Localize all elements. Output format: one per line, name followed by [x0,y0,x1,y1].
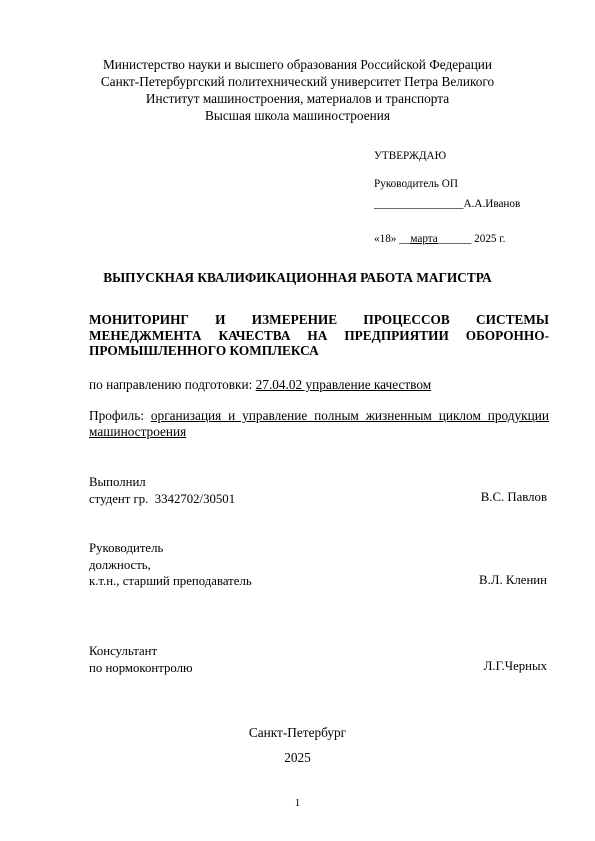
consultant-detail: по нормоконтролю [89,660,193,677]
title-word: ПРОЦЕССОВ [363,312,449,328]
date-year: 2025 г. [474,233,505,245]
direction-label: по направлению подготовки: [89,377,256,392]
approval-signature: ________________А.А.Иванов [374,198,520,210]
page-number: 1 [0,797,595,809]
year: 2025 [0,750,595,766]
thesis-title: МОНИТОРИНГ И ИЗМЕРЕНИЕ ПРОЦЕССОВ СИСТЕМЫ… [89,312,549,359]
supervisor-position: должность, [89,557,252,574]
signature-line: ________________ [374,198,464,210]
supervisor-role: Руководитель [89,540,252,557]
approval-signatory: А.А.Иванов [464,198,521,210]
consultant-name: Л.Г.Черных [484,659,547,674]
title-word: МОНИТОРИНГ [89,312,189,328]
document-type: ВЫПУСКНАЯ КВАЛИФИКАЦИОННАЯ РАБОТА МАГИСТ… [0,270,595,286]
profile-label: Профиль: [89,408,151,423]
title-line-1: МОНИТОРИНГ И ИЗМЕРЕНИЕ ПРОЦЕССОВ СИСТЕМЫ [89,312,549,328]
approval-date: «18» __марта______ 2025 г. [374,233,505,245]
institute-line: Институт машиностроения, материалов и тр… [0,90,595,107]
supervisor-degree: к.т.н., старший преподаватель [89,573,252,590]
school-line: Высшая школа машиностроения [0,107,595,124]
supervisor-block: Руководитель должность, к.т.н., старший … [89,540,252,590]
title-word: И [215,312,225,328]
title-word: ИЗМЕРЕНИЕ [252,312,337,328]
direction-value: 27.04.02 управление качеством [256,377,432,392]
title-word: СИСТЕМЫ [476,312,549,328]
approval-heading: УТВЕРЖДАЮ [374,150,446,162]
author-group: студент гр. 3342702/30501 [89,491,235,508]
date-month: марта [410,233,437,245]
title-rest: МЕНЕДЖМЕНТА КАЧЕСТВА НА ПРЕДПРИЯТИИ ОБОР… [89,328,549,359]
date-blank-suffix: ______ [438,233,472,245]
supervisor-name: В.Л. Кленин [479,573,547,588]
approval-position: Руководитель ОП [374,178,458,190]
profile-line: Профиль: организация и управление полным… [89,408,549,440]
institution-header: Министерство науки и высшего образования… [0,56,595,124]
date-day: «18» [374,233,396,245]
date-blank-prefix: __ [399,233,410,245]
city: Санкт-Петербург [0,725,595,741]
author-name: В.С. Павлов [481,490,547,505]
author-role: Выполнил [89,474,235,491]
university-line: Санкт-Петербургский политехнический унив… [0,73,595,90]
profile-value: организация и управление полным жизненны… [89,408,549,439]
author-block: Выполнил студент гр. 3342702/30501 [89,474,235,507]
direction-line: по направлению подготовки: 27.04.02 упра… [89,377,431,393]
ministry-line: Министерство науки и высшего образования… [0,56,595,73]
consultant-role: Консультант [89,643,193,660]
consultant-block: Консультант по нормоконтролю [89,643,193,676]
